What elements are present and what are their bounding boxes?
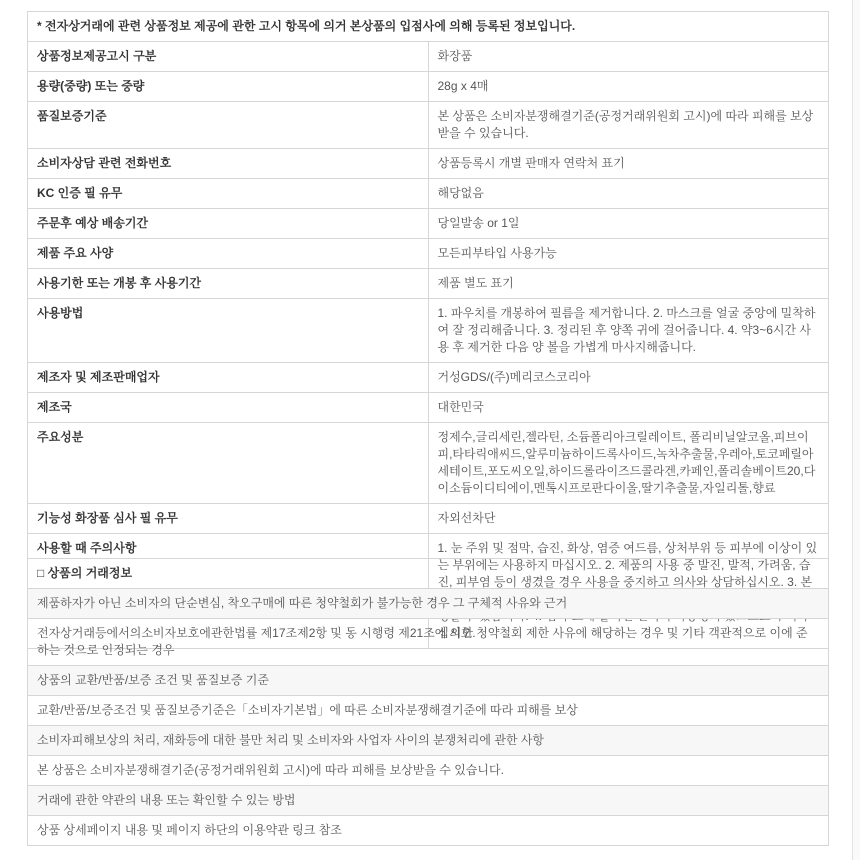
- trade-info-title: □ 상품의 거래정보: [28, 559, 829, 589]
- spec-table-row: 제조자 및 제조판매업자 거성GDS/(주)메리코스코리아: [28, 363, 829, 393]
- spec-label: 주요성분: [28, 423, 429, 504]
- spec-table-body: * 전자상거래에 관련 상품정보 제공에 관한 고시 항목에 의거 본상품의 입…: [28, 12, 829, 649]
- trade-info-row: 상품의 교환/반품/보증 조건 및 품질보증 기준: [28, 666, 829, 696]
- spec-label: 품질보증기준: [28, 102, 429, 149]
- notice-row: * 전자상거래에 관련 상품정보 제공에 관한 고시 항목에 의거 본상품의 입…: [28, 12, 829, 42]
- spec-table-row: 제조국 대한민국: [28, 393, 829, 423]
- trade-info-text: 제품하자가 아닌 소비자의 단순변심, 착오구매에 따른 청약철회가 불가능한 …: [28, 589, 829, 619]
- trade-info-row: 본 상품은 소비자분쟁해결기준(공정거래위원회 고시)에 따라 피해를 보상받을…: [28, 756, 829, 786]
- trade-info-text: 본 상품은 소비자분쟁해결기준(공정거래위원회 고시)에 따라 피해를 보상받을…: [28, 756, 829, 786]
- trade-info-row: 전자상거래등에서의소비자보호에관한법률 제17조제2항 및 동 시행령 제21조…: [28, 619, 829, 666]
- spec-table-row: 기능성 화장품 심사 필 유무 자외선차단: [28, 504, 829, 534]
- trade-info-text: 전자상거래등에서의소비자보호에관한법률 제17조제2항 및 동 시행령 제21조…: [28, 619, 829, 666]
- spec-table-row: 용량(중량) 또는 중량 28g x 4매: [28, 72, 829, 102]
- spec-label: 사용기한 또는 개봉 후 사용기간: [28, 269, 429, 299]
- spec-label: 용량(중량) 또는 중량: [28, 72, 429, 102]
- trade-info-text: 소비자피해보상의 처리, 재화등에 대한 불만 처리 및 소비자와 사업자 사이…: [28, 726, 829, 756]
- spec-value: 대한민국: [428, 393, 829, 423]
- spec-label: 제조자 및 제조판매업자: [28, 363, 429, 393]
- trade-info-title-row: □ 상품의 거래정보: [28, 559, 829, 589]
- spec-value: 해당없음: [428, 179, 829, 209]
- spec-value: 상품등록시 개별 판매자 연락처 표기: [428, 149, 829, 179]
- spec-value: 모든피부타입 사용가능: [428, 239, 829, 269]
- trade-info-row: 교환/반품/보증조건 및 품질보증기준은「소비자기본법」에 따른 소비자분쟁해결…: [28, 696, 829, 726]
- spec-value: 당일발송 or 1일: [428, 209, 829, 239]
- spec-label: 주문후 예상 배송기간: [28, 209, 429, 239]
- spec-table-row: 주요성분 정제수,글리세린,젤라틴, 소듐폴리아크릴레이트, 폴리비닐알코올,피…: [28, 423, 829, 504]
- spec-value: 제품 별도 표기: [428, 269, 829, 299]
- spec-label: 기능성 화장품 심사 필 유무: [28, 504, 429, 534]
- spec-label: 소비자상담 관련 전화번호: [28, 149, 429, 179]
- spec-value: 1. 파우치를 개봉하여 필름을 제거합니다. 2. 마스크를 얼굴 중앙에 밀…: [428, 299, 829, 363]
- spec-value: 거성GDS/(주)메리코스코리아: [428, 363, 829, 393]
- spec-value: 28g x 4매: [428, 72, 829, 102]
- trade-info-row: 소비자피해보상의 처리, 재화등에 대한 불만 처리 및 소비자와 사업자 사이…: [28, 726, 829, 756]
- trade-info-row: 상품 상세페이지 내용 및 페이지 하단의 이용약관 링크 참조: [28, 816, 829, 846]
- spec-label: KC 인증 필 유무: [28, 179, 429, 209]
- spec-value: 자외선차단: [428, 504, 829, 534]
- trade-info-text: 상품 상세페이지 내용 및 페이지 하단의 이용약관 링크 참조: [28, 816, 829, 846]
- product-info-disclosure-table: * 전자상거래에 관련 상품정보 제공에 관한 고시 항목에 의거 본상품의 입…: [27, 11, 829, 649]
- spec-table-row: 소비자상담 관련 전화번호 상품등록시 개별 판매자 연락처 표기: [28, 149, 829, 179]
- trade-info-text: 상품의 교환/반품/보증 조건 및 품질보증 기준: [28, 666, 829, 696]
- spec-table-row: KC 인증 필 유무 해당없음: [28, 179, 829, 209]
- spec-label: 사용방법: [28, 299, 429, 363]
- trade-table-body: □ 상품의 거래정보 제품하자가 아닌 소비자의 단순변심, 착오구매에 따른 …: [28, 559, 829, 846]
- product-detail-page: * 전자상거래에 관련 상품정보 제공에 관한 고시 항목에 의거 본상품의 입…: [0, 0, 860, 860]
- spec-value: 화장품: [428, 42, 829, 72]
- trade-info-table: □ 상품의 거래정보 제품하자가 아닌 소비자의 단순변심, 착오구매에 따른 …: [27, 558, 829, 846]
- spec-table-row: 사용방법 1. 파우치를 개봉하여 필름을 제거합니다. 2. 마스크를 얼굴 …: [28, 299, 829, 363]
- spec-table-row: 제품 주요 사양 모든피부타입 사용가능: [28, 239, 829, 269]
- spec-value: 본 상품은 소비자분쟁해결기준(공정거래위원회 고시)에 따라 피해를 보상받을…: [428, 102, 829, 149]
- spec-table-row: 사용기한 또는 개봉 후 사용기간 제품 별도 표기: [28, 269, 829, 299]
- spec-value: 정제수,글리세린,젤라틴, 소듐폴리아크릴레이트, 폴리비닐알코올,피브이피,타…: [428, 423, 829, 504]
- spec-table-row: 주문후 예상 배송기간 당일발송 or 1일: [28, 209, 829, 239]
- trade-info-text: 교환/반품/보증조건 및 품질보증기준은「소비자기본법」에 따른 소비자분쟁해결…: [28, 696, 829, 726]
- spec-table-row: 상품정보제공고시 구분 화장품: [28, 42, 829, 72]
- scrollbar-track[interactable]: [852, 0, 860, 860]
- spec-label: 제조국: [28, 393, 429, 423]
- trade-info-text: 거래에 관한 약관의 내용 또는 확인할 수 있는 방법: [28, 786, 829, 816]
- spec-label: 제품 주요 사양: [28, 239, 429, 269]
- disclosure-notice-text: * 전자상거래에 관련 상품정보 제공에 관한 고시 항목에 의거 본상품의 입…: [28, 12, 829, 42]
- trade-info-row: 제품하자가 아닌 소비자의 단순변심, 착오구매에 따른 청약철회가 불가능한 …: [28, 589, 829, 619]
- spec-label: 상품정보제공고시 구분: [28, 42, 429, 72]
- spec-table-row: 품질보증기준 본 상품은 소비자분쟁해결기준(공정거래위원회 고시)에 따라 피…: [28, 102, 829, 149]
- trade-info-row: 거래에 관한 약관의 내용 또는 확인할 수 있는 방법: [28, 786, 829, 816]
